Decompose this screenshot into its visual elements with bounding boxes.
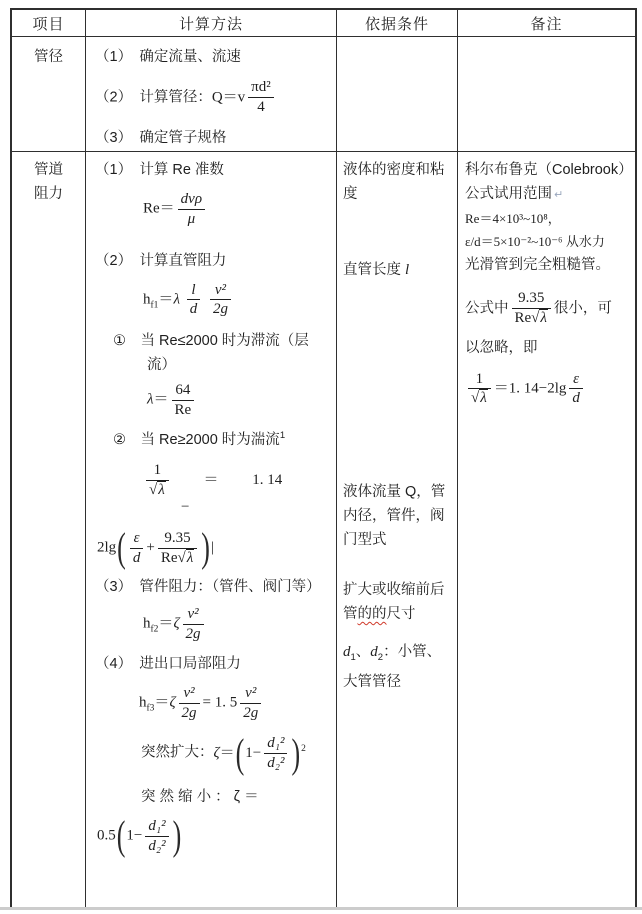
- fraction-v2-over-2g: v²2g: [240, 684, 261, 723]
- big-paren-close: ): [290, 733, 301, 775]
- method-step-4: （4） 进出口局部阻力: [95, 652, 327, 676]
- fraction-935-over-re-sqrt-lambda: 9.35Re√λ: [158, 529, 197, 568]
- cell-remark-empty: [458, 37, 635, 152]
- method-step: （2） 计算管径：: [95, 89, 212, 105]
- fraction-reynolds: dvρμ: [178, 190, 205, 229]
- formula-reynolds: Re＝dvρμ: [143, 190, 327, 229]
- method-step-3: （3） 管件阻力：（管件、阀门等）: [95, 575, 327, 599]
- formula-colebrook-line1: 1√λ ＝ 1. 14 −: [143, 461, 327, 515]
- condition-expansion-sizes: 扩大或收缩前后管的的尺寸: [343, 578, 451, 626]
- fraction-epsilon-over-d: εd: [130, 529, 144, 568]
- condition-density-viscosity: 液体的密度和粘度: [343, 158, 451, 206]
- condition-d1-d2: d1、d2：小管、大管管径: [343, 640, 451, 694]
- fraction-l-over-d: ld: [187, 281, 201, 320]
- header-method: 计算方法: [86, 10, 337, 37]
- big-paren-open: (: [116, 527, 127, 569]
- case-laminar-line2: 流）: [147, 353, 327, 377]
- formula-sudden-contraction: 0.5(1−d₁²d₂²): [97, 817, 327, 856]
- header-method-label: 计算方法: [179, 13, 243, 34]
- scan-edge-line: [0, 907, 642, 910]
- header-item-label: 项目: [32, 13, 64, 34]
- header-remark: 备注: [458, 10, 635, 37]
- remark-re-range: Re＝4×10³~10⁸，: [465, 207, 628, 230]
- misspell-squiggle: 的的: [358, 606, 387, 622]
- fraction-one-over-sqrt-lambda: 1√λ: [468, 370, 491, 409]
- item-pipe-resistance-line2: 阻力: [12, 182, 85, 206]
- remark-small-term: 公式中9.35Re√λ很小，可: [465, 289, 628, 328]
- remark-smooth-to-rough: 光滑管到完全粗糙管。: [465, 253, 628, 277]
- big-paren-close: ): [200, 527, 211, 569]
- remark-roughness-range: ε/d＝5×10⁻²~10⁻⁶ 从水力: [465, 230, 628, 253]
- header-remark-label: 备注: [530, 13, 562, 34]
- fraction-v2-over-2g: v²2g: [179, 684, 200, 723]
- formula-lambda-laminar: λ＝64Re: [147, 381, 327, 420]
- fraction-d1-over-d2: d₁²d₂²: [264, 734, 287, 773]
- case-laminar-line1: ① 当 Re≤2000 时为滞流（层: [113, 329, 327, 353]
- fraction-v2-over-2g: v²2g: [210, 281, 231, 320]
- remark-colebrook-name: 科尔布鲁克（Colebrook）: [465, 158, 628, 182]
- formula-straight-pipe-loss: hf1＝λ ld v²2g: [143, 281, 327, 320]
- big-paren-open: (: [116, 815, 127, 857]
- formula-fitting-loss: hf2＝ζv²2g: [143, 605, 327, 644]
- formula-flow-rate: （2） 计算管径：Q＝vπd²4: [95, 78, 327, 117]
- cell-method-pipe-resistance: （1） 计算 Re 准数 Re＝dvρμ （2） 计算直管阻力 hf1＝λ ld…: [86, 152, 337, 907]
- method-step-2: （2） 计算直管阻力: [95, 249, 327, 273]
- condition-pipe-length: 直管长度 l: [343, 258, 451, 282]
- cell-item-pipe-resistance: 管道 阻力: [12, 152, 86, 907]
- remark-neglect: 以忽略，即: [465, 336, 628, 360]
- formula-simplified-colebrook: 1√λ＝1. 14−2lgεd: [465, 370, 628, 409]
- cell-condition-empty: [337, 37, 458, 152]
- return-mark: ↵: [554, 189, 563, 201]
- fraction-epsilon-over-d: εd: [569, 370, 583, 409]
- method-step: （3） 确定管子规格: [95, 126, 327, 150]
- fraction-935-over-re-sqrt-lambda: 9.35Re√λ: [512, 289, 551, 328]
- cell-method-pipe-diameter: （1） 确定流量、流速 （2） 计算管径：Q＝vπd²4 （3） 确定管子规格: [86, 37, 337, 152]
- remark-scope: 公式试用范围↵: [465, 182, 628, 207]
- fraction-one-over-sqrt-lambda: 1√λ: [146, 461, 169, 500]
- case-turbulent-label: ② 当 Re≥2000 时为湍流1: [113, 424, 327, 452]
- formula-colebrook-line2: 2lg(εd+9.35Re√λ)|: [97, 529, 327, 568]
- method-step: （1） 确定流量、流速: [95, 45, 327, 69]
- item-pipe-diameter-label: 管径: [12, 45, 85, 69]
- header-item: 项目: [12, 10, 86, 37]
- fraction-pi-d-squared: πd²4: [248, 78, 274, 117]
- cell-remark-pipe-resistance: 科尔布鲁克（Colebrook） 公式试用范围↵ Re＝4×10³~10⁸， ε…: [458, 152, 635, 907]
- big-paren-close: ): [172, 815, 183, 857]
- label-sudden-contraction: 突 然 缩 小 ： ζ ＝: [141, 785, 327, 809]
- header-condition-label: 依据条件: [365, 13, 429, 34]
- cell-condition-pipe-resistance: 液体的密度和粘度 直管长度 l 液体流量 Q，管内径，管件，阀门型式 扩大或收缩…: [337, 152, 458, 907]
- calculation-table: 项目 计算方法 依据条件 备注 管径 （1） 确定流量、流速 （2） 计算管径：…: [10, 8, 637, 909]
- big-paren-open: (: [235, 733, 246, 775]
- formula-inlet-outlet-loss: hf3＝ζv²2g= 1. 5v²2g: [139, 684, 327, 723]
- condition-flow-fittings: 液体流量 Q，管内径，管件，阀门型式: [343, 480, 451, 552]
- fraction-d1-over-d2: d₁²d₂²: [145, 817, 168, 856]
- fraction-v2-over-2g: v²2g: [183, 605, 204, 644]
- formula-sudden-expansion: 突然扩大：ζ＝(1−d₁²d₂²)2: [141, 734, 327, 773]
- cell-item-pipe-diameter: 管径: [12, 37, 86, 152]
- method-step-1: （1） 计算 Re 准数: [95, 158, 327, 182]
- fraction-64-over-re: 64Re: [172, 381, 195, 420]
- header-condition: 依据条件: [337, 10, 458, 37]
- item-pipe-resistance-line1: 管道: [12, 158, 85, 182]
